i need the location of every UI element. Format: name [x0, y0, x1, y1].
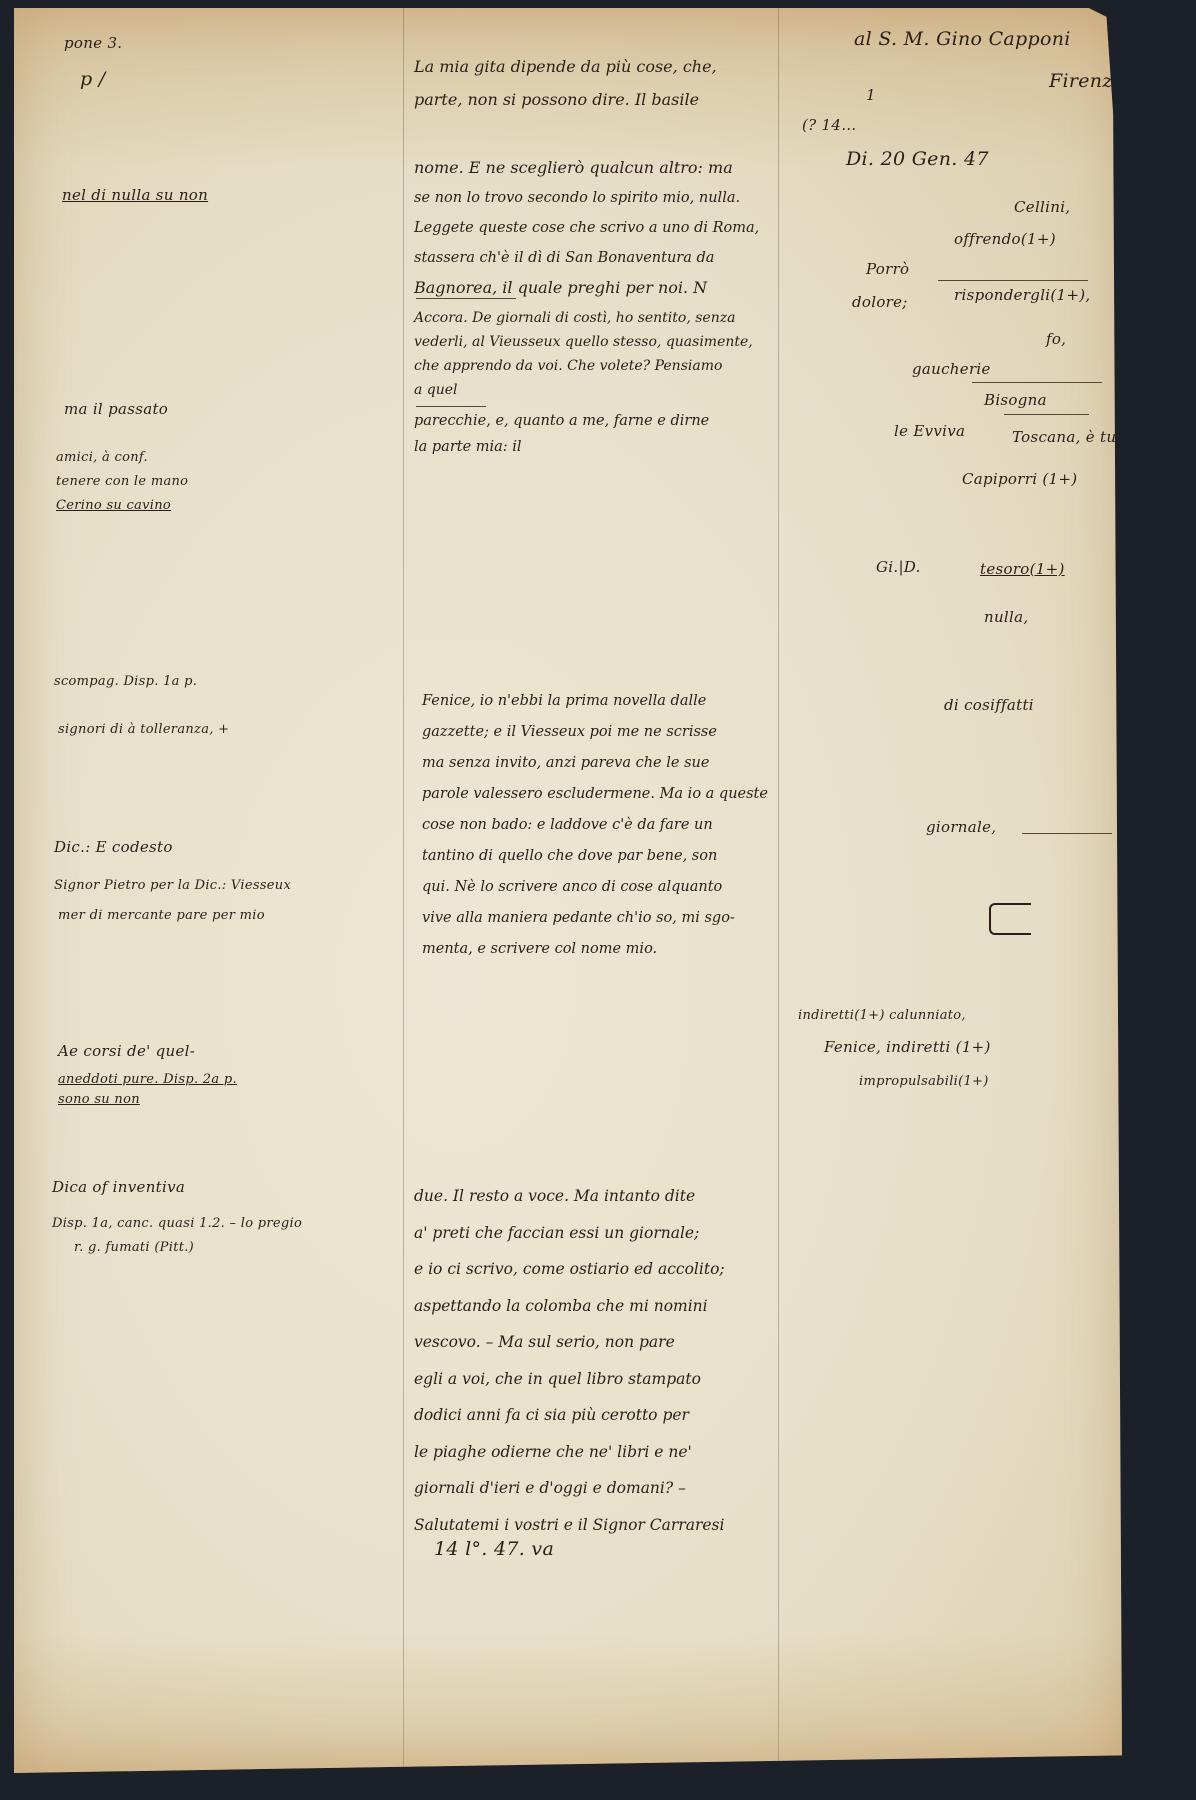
left-note-nel-di-nulla: nel di nulla su non [62, 186, 208, 204]
closing-date: 14 l°. 47. va [434, 1538, 554, 1560]
note-dolore: dolore; [852, 293, 908, 311]
text-line: parecchie, e, quanto a me, farne e dirne [414, 408, 709, 434]
text-line: vederli, al Vieusseux quello stesso, qua… [414, 330, 753, 354]
center-paragraph-6: due. Il resto a voce. Ma intanto dite a'… [414, 1178, 725, 1543]
center-paragraph-4: parecchie, e, quanto a me, farne e dirne… [414, 408, 709, 460]
left-note-passato: ma il passato [64, 400, 168, 418]
text-line: e io ci scrivo, come ostiario ed accolit… [414, 1251, 725, 1288]
text-line: giornali d'ieri e d'oggi e domani? – [414, 1470, 725, 1507]
note-toscana: Toscana, è tutto [1012, 428, 1138, 446]
left-note-slashes: p / [80, 68, 106, 90]
text-line: Fenice, io n'ebbi la prima novella dalle [422, 686, 768, 717]
separator-2 [416, 406, 486, 407]
left-note-dic-codesto: Dic.: E codesto [54, 838, 173, 856]
note-rule-2 [972, 382, 1102, 383]
note-cellini: Cellini, [1014, 198, 1070, 216]
note-rule-3 [1004, 414, 1089, 415]
note-nulla: nulla, [984, 608, 1028, 626]
text-line: se non lo trovo secondo lo spirito mio, … [414, 183, 759, 213]
center-paragraph-3: Accora. De giornali di costì, ho sentito… [414, 306, 753, 402]
note-porro: Porrò [866, 260, 909, 278]
left-note-tenere: tenere con le mano [56, 474, 188, 489]
date-note-line-2: Di. 20 Gen. 47 [846, 148, 989, 170]
left-note-cerino: Cerino su cavino [56, 498, 171, 513]
address-line-2: Firenze [1049, 70, 1124, 92]
text-line: vive alla maniera pedante ch'io so, mi s… [422, 903, 768, 934]
text-line: dodici anni fa ci sia più cerotto per [414, 1397, 725, 1434]
note-giornale: giornale, [926, 818, 996, 836]
note-fenice: Fenice, indiretti (1+) [824, 1038, 991, 1056]
left-note-fumati: r. g. fumati (Pitt.) [74, 1240, 194, 1255]
text-line: cose non bado: e laddove c'è da fare un [422, 810, 768, 841]
note-dash [1022, 833, 1112, 834]
text-line: gazzette; e il Viesseux poi me ne scriss… [422, 717, 768, 748]
text-line: due. Il resto a voce. Ma intanto dite [414, 1178, 725, 1215]
text-line: ma senza invito, anzi pareva che le sue [422, 748, 768, 779]
left-note-signori: signori di à tolleranza, + [58, 722, 229, 737]
text-line: vescovo. – Ma sul serio, non pare [414, 1324, 725, 1361]
text-line: la parte mia: il [414, 434, 709, 460]
left-note-mercante: mer di mercante pare per mio [58, 908, 265, 923]
text-line: a quel [414, 378, 753, 402]
text-line: nome. E ne sceglierò qualcun altro: ma [414, 153, 759, 183]
left-note-dica: Dica of inventiva [52, 1178, 185, 1196]
text-line: Accora. De giornali di costì, ho sentito… [414, 306, 753, 330]
note-tesoro: tesoro(1+) [980, 560, 1065, 578]
left-note-corsi: Ae corsi de' quel- [58, 1042, 195, 1060]
text-line: La mia gita dipende da più cose, che, [414, 50, 717, 83]
note-impropulsabili: impropulsabili(1+) [859, 1074, 989, 1089]
text-line: le piaghe odierne che ne' libri e ne' [414, 1434, 725, 1471]
note-bisogna: Bisogna [984, 391, 1047, 409]
text-line: aspettando la colomba che mi nomini [414, 1288, 725, 1325]
note-cosiffatti: di cosiffatti [944, 696, 1034, 714]
left-note-signor-pietro: Signor Pietro per la Dic.: Viesseux [54, 878, 291, 893]
center-paragraph-5: Fenice, io n'ebbi la prima novella dalle… [422, 686, 768, 965]
text-line: parole valessero escludermene. Ma io a q… [422, 779, 768, 810]
note-indiretti-1: indiretti(1+) calunniato, [798, 1008, 966, 1023]
note-gi-d: Gi.|D. [876, 558, 921, 576]
column-rule-left [403, 8, 404, 1773]
text-line: qui. Nè lo scrivere anco di cose alquant… [422, 872, 768, 903]
separator-1 [416, 298, 516, 299]
bracket-mark [989, 903, 1031, 935]
left-note-scompag: scompag. Disp. 1a p. [54, 674, 197, 689]
note-rispondergli: rispondergli(1+), [954, 286, 1091, 304]
text-line: parte, non si possono dire. Il basile [414, 83, 717, 116]
text-line: Leggete queste cose che scrivo a uno di … [414, 213, 759, 243]
left-note-sono: sono su non [58, 1092, 140, 1107]
column-rule-right [778, 8, 779, 1773]
note-fo: fo, [1046, 330, 1066, 348]
date-note-line-1: (? 14… [802, 116, 857, 134]
note-capiporri: Capiporri (1+) [962, 470, 1077, 488]
address-line-1: al S. M. Gino Capponi [854, 28, 1071, 50]
note-offrendo: offrendo(1+) [954, 230, 1056, 248]
center-paragraph-2: nome. E ne sceglierò qualcun altro: ma s… [414, 153, 759, 303]
margin-mark: 1 [866, 86, 876, 104]
text-line: tantino di quello che dove par bene, son [422, 841, 768, 872]
text-line: che apprendo da voi. Che volete? Pensiam… [414, 354, 753, 378]
note-rule-1 [938, 280, 1088, 281]
left-note-aneddoti: aneddoti pure. Disp. 2a p. [58, 1072, 237, 1087]
text-line: egli a voi, che in quel libro stampato [414, 1361, 725, 1398]
left-note-disp: Disp. 1a, canc. quasi 1.2. – lo pregio [52, 1216, 302, 1231]
text-line: stassera ch'è il dì di San Bonaventura d… [414, 243, 759, 273]
left-note-pone: pone 3. [64, 34, 122, 52]
text-line: menta, e scrivere col nome mio. [422, 934, 768, 965]
text-line: a' preti che faccian essi un giornale; [414, 1215, 725, 1252]
manuscript-page: al S. M. Gino Capponi Firenze 1 (? 14… D… [14, 8, 1122, 1773]
left-note-amici: amici, à conf. [56, 450, 148, 465]
center-paragraph-1: La mia gita dipende da più cose, che, pa… [414, 50, 717, 116]
note-gaucherie: gaucherie [912, 360, 991, 378]
note-evviva: le Evviva [894, 422, 965, 440]
